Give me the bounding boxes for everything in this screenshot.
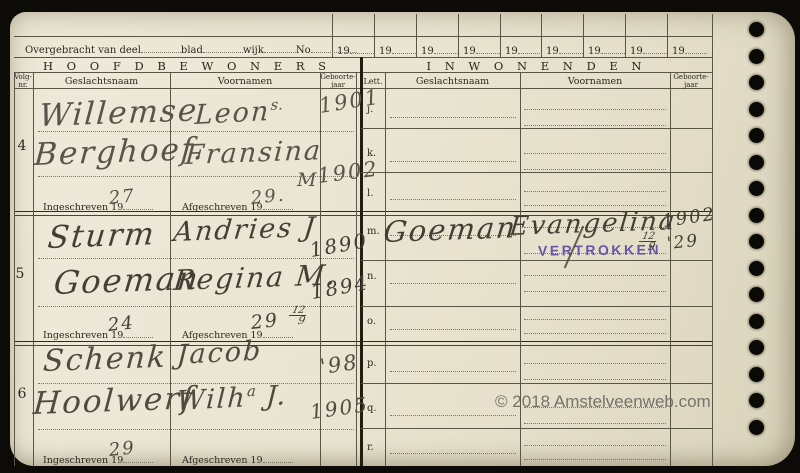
writing-line	[390, 452, 516, 454]
rule-under-year-row	[14, 57, 712, 58]
year-cell: 19	[379, 44, 416, 57]
punch-hole	[749, 181, 764, 196]
birthyear-entry: '98	[319, 350, 360, 379]
row-letter: p.	[367, 358, 377, 369]
column-header-geboortejaar-left: Geboorte-jaar	[318, 74, 358, 89]
writing-line	[524, 378, 666, 380]
section-title-hoofdbewoners: H O O F D B E W O N E R S	[14, 59, 360, 73]
writing-line	[524, 422, 666, 424]
volgnr-6: 6	[13, 386, 31, 402]
surname-entry: Schenk	[42, 340, 168, 379]
ingeschreven-label: Ingeschreven 19	[43, 200, 153, 213]
firstnames-entry: Wilha J.	[176, 380, 288, 417]
year-cell: 19	[421, 44, 458, 57]
writing-line	[524, 274, 666, 276]
writing-line	[390, 282, 516, 284]
writing-line	[524, 444, 666, 446]
surname-entry: Sturm	[46, 216, 158, 256]
punch-hole	[749, 49, 764, 64]
firstnames-entry: Andries J	[172, 212, 318, 248]
firstnames-entry: Fransina	[184, 135, 323, 171]
year-col-divider	[458, 14, 459, 57]
punch-hole	[749, 102, 764, 117]
transfer-label-wijk: wijk	[243, 45, 264, 56]
afgeschreven-year: 29	[250, 309, 280, 334]
punch-hole	[749, 22, 764, 37]
section-title-inwonenden: I N W O N E N D E N	[361, 59, 712, 73]
surname-entry: Hoolwerf	[32, 380, 196, 422]
writing-line	[524, 290, 666, 292]
writing-line	[524, 332, 666, 334]
writing-line	[390, 160, 516, 162]
punch-hole	[749, 208, 764, 223]
punch-hole	[749, 234, 764, 249]
writing-line	[524, 362, 666, 364]
table-right-border	[712, 14, 713, 466]
firstnames-entry: Leons.	[194, 95, 283, 131]
year-cell: 19	[337, 44, 374, 57]
row-letter: r.	[367, 442, 374, 453]
year-cell: 19	[588, 44, 625, 57]
inw-row-divider	[361, 128, 712, 129]
inw-row-divider	[361, 428, 712, 429]
inwonende-surname: Goeman	[382, 210, 519, 249]
punch-hole	[749, 393, 764, 408]
ingeschreven-year: 29	[108, 437, 137, 461]
writing-line	[390, 414, 516, 416]
punch-hole	[749, 420, 764, 435]
year-col-divider	[374, 14, 375, 57]
lett-divider	[385, 72, 386, 466]
transfer-label-deel: Overgebracht van deel	[25, 45, 141, 56]
dotted-leader	[141, 43, 181, 53]
ingeschreven-year: 27	[108, 185, 137, 209]
ingeschreven-year: 24	[107, 312, 136, 336]
rule-top	[14, 36, 712, 37]
inw-row-divider	[361, 306, 712, 307]
inw-row-divider	[361, 383, 712, 384]
writing-line	[390, 370, 516, 372]
column-header-voornamen-left: Voornamen	[170, 76, 320, 87]
afgeschreven-year: 29.	[250, 184, 287, 209]
writing-line	[390, 116, 516, 118]
writing-line	[524, 204, 666, 206]
departure-date-fraction: 129	[640, 232, 657, 252]
transfer-label-no: No	[296, 45, 311, 56]
writing-line	[524, 124, 666, 126]
row-letter: o.	[367, 316, 376, 327]
surname-entry: Berghoef.	[33, 131, 206, 173]
scanned-register-photo: { "top": { "label_deel": "Overgebracht v…	[0, 0, 800, 473]
birthyear-entry: 1902	[316, 157, 380, 188]
punch-hole	[749, 155, 764, 170]
punch-hole	[749, 261, 764, 276]
row-letter: l.	[367, 188, 373, 199]
ingeschreven-label: Ingeschreven 19	[43, 453, 153, 466]
punch-hole	[749, 75, 764, 90]
writing-line	[524, 190, 666, 192]
year-cell: 19	[463, 44, 500, 57]
writing-line	[524, 152, 666, 154]
punch-hole	[749, 367, 764, 382]
column-header-geslachtsnaam-left: Geslachtsnaam	[33, 76, 170, 87]
inw-row-divider	[361, 260, 712, 261]
middle-initial: M	[297, 169, 318, 191]
writing-line	[390, 328, 516, 330]
transfer-label-blad: blad	[181, 45, 203, 56]
column-header-volgnr: Volg-nr.	[13, 74, 33, 89]
transfer-line: Overgebracht van deel blad wijk No	[25, 43, 357, 56]
afgeschreven-label: Afgeschreven 19	[182, 453, 293, 466]
ingeschreven-label: Ingeschreven 19	[43, 328, 153, 341]
punch-hole	[749, 128, 764, 143]
punch-hole	[749, 287, 764, 302]
row-letter: m.	[367, 226, 380, 237]
writing-line	[524, 108, 666, 110]
departure-year: '29	[666, 231, 700, 254]
dotted-leader	[203, 43, 243, 53]
population-register-card: Overgebracht van deel blad wijk No 19 19…	[10, 12, 795, 466]
writing-line	[524, 168, 666, 170]
year-col-divider	[625, 14, 626, 57]
volgnr-5: 5	[11, 266, 29, 282]
year-cell: 19	[546, 44, 583, 57]
writing-line	[38, 428, 354, 430]
column-header-geslachtsnaam-right: Geslachtsnaam	[385, 76, 520, 87]
afgeschreven-date-fraction: 129	[290, 306, 307, 326]
column-header-voornamen-right: Voornamen	[520, 76, 670, 87]
punch-hole	[749, 314, 764, 329]
year-cell: 19	[505, 44, 542, 57]
year-cell: 19	[672, 44, 707, 57]
copyright-watermark: © 2018 Amstelveenweb.com	[495, 392, 711, 412]
inw-row-divider	[361, 172, 712, 173]
writing-line	[524, 458, 666, 460]
year-col-divider	[416, 14, 417, 57]
year-cell: 19	[630, 44, 667, 57]
year-col-divider	[583, 14, 584, 57]
column-header-geboortejaar-right: Geboorte-jaar	[670, 74, 712, 89]
volgnr-4: 4	[13, 138, 31, 154]
writing-line	[390, 198, 516, 200]
year-col-divider	[667, 14, 668, 57]
writing-line	[524, 318, 666, 320]
surname-entry: Willemse	[38, 92, 199, 134]
year-col-divider	[500, 14, 501, 57]
dotted-leader	[264, 43, 296, 53]
punch-hole	[749, 340, 764, 355]
